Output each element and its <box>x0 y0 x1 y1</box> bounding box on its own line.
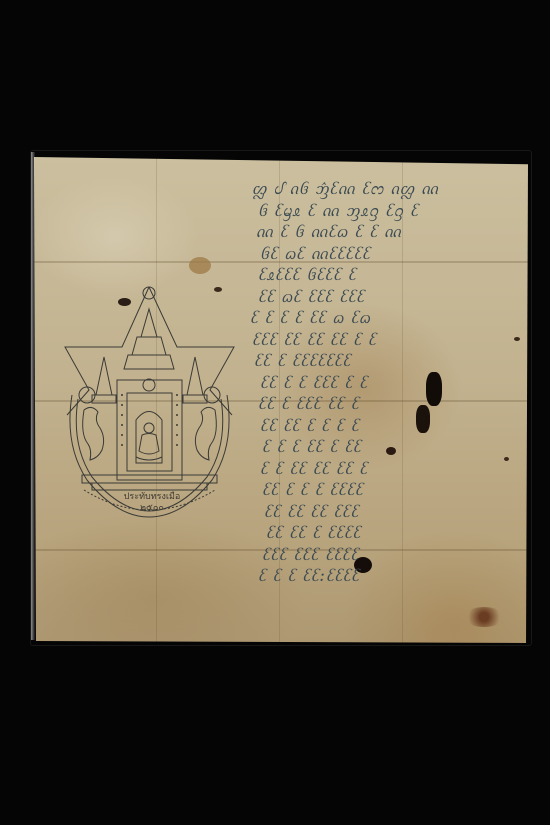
script-line: ᦷᦷ ᦒᦷ ᦷᦷᦷ ᦷᦷᦷ <box>258 287 528 309</box>
script-line: ᦜ ᦔ ᦵᦑ ᦁᦷᦶ ᦷᦂ ᦵᦜ ᦶ <box>252 179 528 201</box>
script-line: ᦷ ᦷ ᦷ ᦷᦷ ᦷ ᦷᦷ <box>262 437 528 459</box>
script-line: ᦷ ᦷ ᦷ ᦷᦷ:ᦷᦷᦷᦷ <box>258 566 528 588</box>
script-line: ᦷᦷ ᦷ ᦷᦷᦷ ᦷᦷ ᦷ <box>258 394 528 416</box>
script-line: ᦷᦷ ᦷ ᦷ ᦷ ᦷᦷᦷᦷ <box>262 480 528 502</box>
script-line: ᦷᦷ ᦷᦷ ᦷ ᦷ ᦷ ᦷ <box>260 416 528 438</box>
script-line: ᦷ ᦷ ᦷ ᦷ ᦷᦷ ᦒ ᦷᦒ <box>250 308 528 330</box>
seal-caption-line1: ประทับทรงเมือ <box>102 492 202 503</box>
sleeve-edge-highlight <box>31 152 35 640</box>
script-line: ᦷᦷ ᦷᦷ ᦷᦷ ᦷᦷᦷ <box>264 502 528 524</box>
royal-emblem-icon <box>62 285 237 520</box>
seal-inscription: ประทับทรงเมือ ๒๕๐๐ <box>102 492 202 514</box>
script-line: ᦷᦸᦷᦷᦷ ᦑᦷᦷᦷ ᦷ <box>258 265 528 287</box>
yantra-document: ประทับทรงเมือ ๒๕๐๐ ᦜ ᦔ ᦵᦑ ᦁᦷᦶ ᦷᦂ ᦵᦜ ᦶ ᦑ … <box>34 157 528 643</box>
script-line: ᦷᦷ ᦷᦷ ᦷ ᦷᦷᦷᦷ <box>266 523 528 545</box>
script-line: ᦷᦷ ᦷ ᦷᦷᦷᦷᦷᦷᦷ <box>254 351 528 373</box>
script-line: ᦷ ᦷ ᦷᦷ ᦷᦷ ᦷᦷ ᦷ <box>260 459 528 481</box>
stain <box>464 607 504 627</box>
handwritten-script: ᦜ ᦔ ᦵᦑ ᦁᦷᦶ ᦷᦂ ᦵᦜ ᦶ ᦑ ᦷᦙᦸ ᦷ ᦶ ᦀᦸᦋ ᦷᦋ ᦷ ᦶ … <box>242 179 522 588</box>
script-line: ᦷᦷᦷ ᦷᦷ ᦷᦷ ᦷᦷ ᦷ ᦷ <box>252 330 528 352</box>
script-line: ᦷᦷᦷ ᦷᦷᦷ ᦷᦷᦷᦷ <box>262 545 528 567</box>
script-line: ᦶ ᦷ ᦑ ᦶᦷᦒ ᦷ ᦷ ᦶ <box>256 222 528 244</box>
seal-caption-line2: ๒๕๐๐ <box>102 503 202 514</box>
script-line: ᦷᦷ ᦷ ᦷ ᦷᦷᦷ ᦷ ᦷ <box>260 373 528 395</box>
stain <box>189 257 211 274</box>
script-line: ᦑᦷ ᦒᦷ ᦶᦷᦷᦷᦷᦷ <box>260 244 528 266</box>
script-line: ᦑ ᦷᦙᦸ ᦷ ᦶ ᦀᦸᦋ ᦷᦋ ᦷ <box>258 201 528 223</box>
